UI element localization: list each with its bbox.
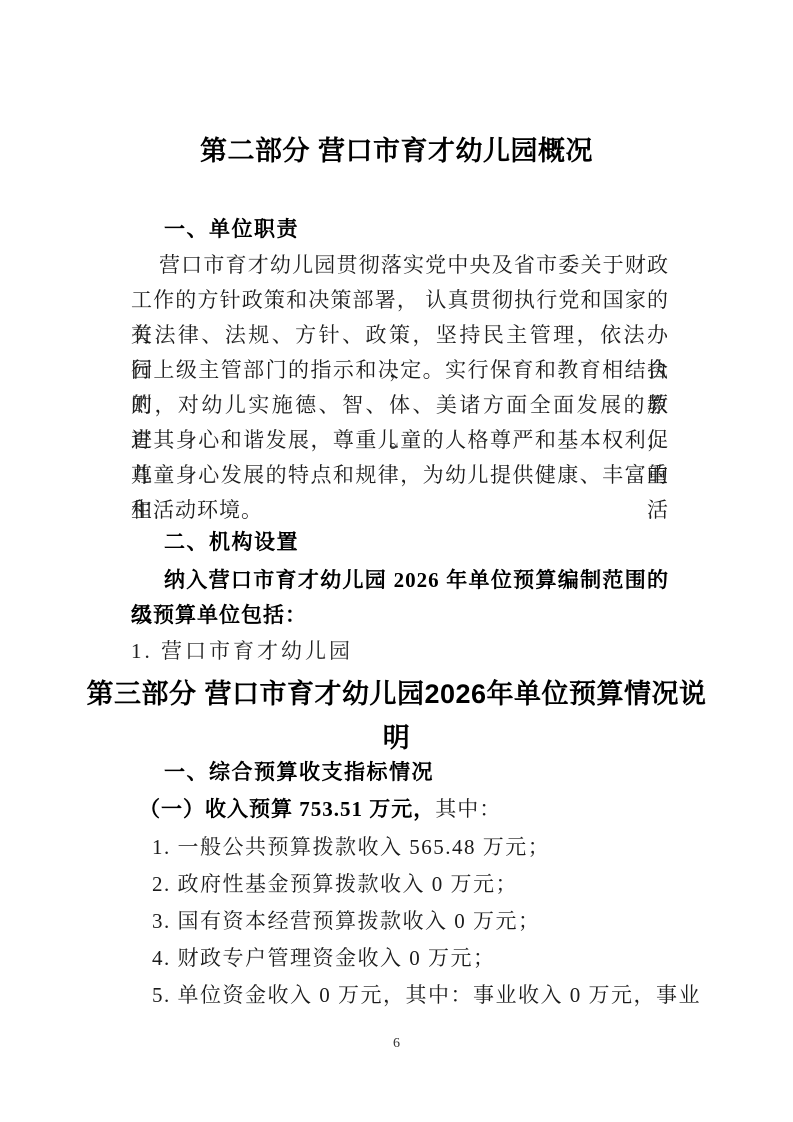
income-item-gov-fund: 2. 政府性基金预算拨款收入 0 万元；	[131, 866, 669, 903]
paragraph-line: 则，对幼儿实施德、智、体、美诸方面全面发展的教育。促	[131, 388, 669, 423]
part2-title: 第二部分 营口市育才幼儿园概况	[0, 133, 793, 169]
income-item-unit-funds: 5. 单位资金收入 0 万元，其中：事业收入 0 万元，事业	[131, 977, 669, 1014]
section-heading-org-setup: 二、机构设置	[131, 529, 669, 557]
budget-scope-paragraph: 纳入营口市育才幼儿园 2026 年单位预算编制范围的二 级预算单位包括：	[131, 563, 669, 633]
duties-paragraph: 营口市育才幼儿园贯彻落实党中央及省市委关于财政 工作的方针政策和决策部署， 认真…	[131, 248, 669, 528]
paragraph-line: 进其身心和谐发展，尊重儿童的人格尊严和基本权利，尊重	[131, 423, 669, 458]
scope-line: 级预算单位包括：	[131, 598, 669, 633]
scope-line: 纳入营口市育才幼儿园 2026 年单位预算编制范围的二	[131, 563, 669, 598]
income-item-state-capital: 3. 国有资本经营预算拨款收入 0 万元；	[131, 903, 669, 940]
part3-title: 第三部分 营口市育才幼儿园2026年单位预算情况说 明	[0, 672, 793, 760]
paragraph-line: 营口市育才幼儿园贯彻落实党中央及省市委关于财政	[131, 248, 669, 283]
section-heading-unit-duties: 一、单位职责	[131, 216, 669, 244]
part3-title-line1: 第三部分 营口市育才幼儿园2026年单位预算情况说	[0, 672, 793, 716]
budget-unit-list-item: 1. 营口市育才幼儿园	[131, 634, 669, 669]
paragraph-line: 关法律、法规、方针、政策，坚持民主管理，依法办园，执	[131, 318, 669, 353]
page-number: 6	[0, 1036, 793, 1052]
income-budget-total: （一）收入预算 753.51 万元，	[139, 797, 435, 821]
document-page: 第二部分 营口市育才幼儿园概况 一、单位职责 营口市育才幼儿园贯彻落实党中央及省…	[0, 0, 793, 1122]
part3-title-line2: 明	[0, 716, 793, 760]
section-heading-budget-indicators: 一、综合预算收支指标情况	[131, 759, 669, 787]
income-budget-lead: （一）收入预算 753.51 万元，其中：	[131, 792, 669, 827]
income-budget-lead-suffix: 其中：	[435, 797, 501, 821]
income-item-fiscal-account: 4. 财政专户管理资金收入 0 万元；	[131, 940, 669, 977]
paragraph-line: 儿童身心发展的特点和规律，为幼儿提供健康、丰富的生活	[131, 458, 669, 493]
income-items-list: 1. 一般公共预算拨款收入 565.48 万元； 2. 政府性基金预算拨款收入 …	[131, 829, 669, 1014]
paragraph-line: 行上级主管部门的指示和决定。实行保育和教育相结合的原	[131, 353, 669, 388]
income-item-general-public: 1. 一般公共预算拨款收入 565.48 万元；	[131, 829, 669, 866]
paragraph-line: 工作的方针政策和决策部署， 认真贯彻执行党和国家的有	[131, 283, 669, 318]
